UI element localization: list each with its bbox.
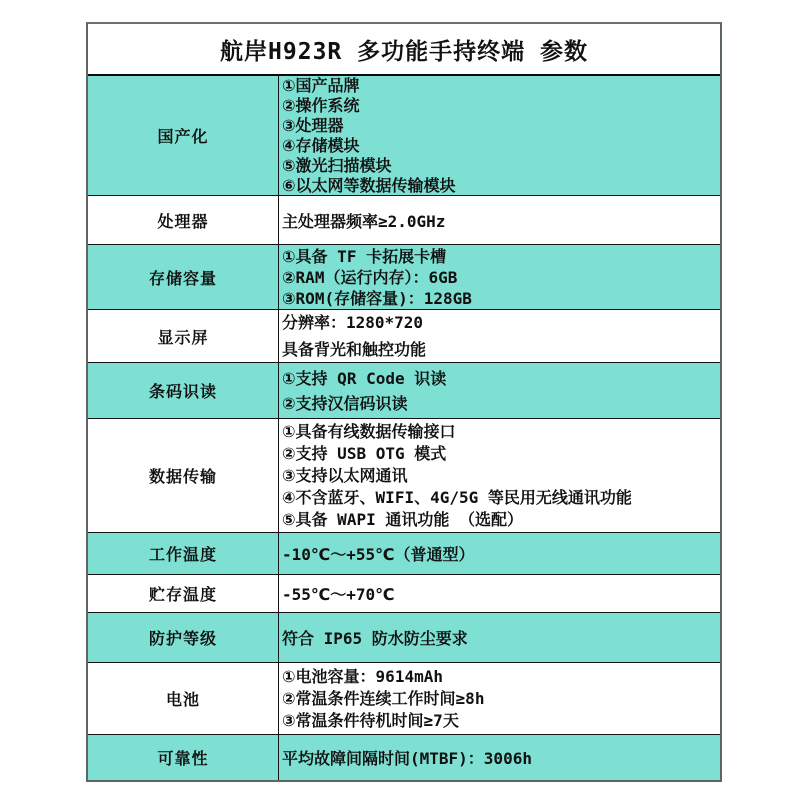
- row-content: -10℃～+55℃（普通型）: [279, 533, 720, 574]
- spec-line: ⑥以太网等数据传输模块: [282, 176, 716, 196]
- spec-line: -55℃～+70℃: [282, 582, 716, 605]
- row-label: 显示屏: [88, 310, 279, 362]
- spec-line: 主处理器频率≥2.0GHz: [282, 209, 716, 232]
- spec-line: ③ROM(存储容量)：128GB: [282, 288, 716, 309]
- spec-line: 具备背光和触控功能: [282, 336, 716, 363]
- spec-line: ②支持汉信码识读: [282, 391, 716, 416]
- table-row-barcode: 条码识读 ①支持 QR Code 识读 ②支持汉信码识读: [88, 363, 720, 419]
- spec-line: ①具备 TF 卡拓展卡槽: [282, 246, 716, 267]
- row-content: 平均故障间隔时间(MTBF)：3006h: [279, 735, 720, 780]
- spec-table: 航岸H923R 多功能手持终端 参数 国产化 ①国产品牌 ②操作系统 ③处理器 …: [86, 22, 722, 782]
- row-label: 可靠性: [88, 735, 279, 780]
- spec-line: ②常温条件连续工作时间≥8h: [282, 688, 716, 710]
- row-content: ①具备有线数据传输接口 ②支持 USB OTG 模式 ③支持以太网通讯 ④不含蓝…: [279, 419, 720, 532]
- row-label: 条码识读: [88, 363, 279, 418]
- spec-line: ③常温条件待机时间≥7天: [282, 710, 716, 732]
- row-content: 符合 IP65 防水防尘要求: [279, 613, 720, 662]
- table-row-domestic: 国产化 ①国产品牌 ②操作系统 ③处理器 ④存储模块 ⑤激光扫描模块 ⑥以太网等…: [88, 76, 720, 196]
- row-label: 工作温度: [88, 533, 279, 574]
- spec-line: ②RAM（运行内存）：6GB: [282, 267, 716, 288]
- row-content: ①国产品牌 ②操作系统 ③处理器 ④存储模块 ⑤激光扫描模块 ⑥以太网等数据传输…: [279, 76, 720, 195]
- spec-line: ④不含蓝牙、WIFI、4G/5G 等民用无线通讯功能: [282, 487, 716, 509]
- row-content: ①具备 TF 卡拓展卡槽 ②RAM（运行内存）：6GB ③ROM(存储容量)：1…: [279, 245, 720, 309]
- table-title-row: 航岸H923R 多功能手持终端 参数: [88, 24, 720, 76]
- table-row-processor: 处理器 主处理器频率≥2.0GHz: [88, 196, 720, 245]
- table-row-display: 显示屏 分辨率：1280*720 具备背光和触控功能: [88, 310, 720, 363]
- row-label: 数据传输: [88, 419, 279, 532]
- table-row-storage-temp: 贮存温度 -55℃～+70℃: [88, 575, 720, 613]
- row-label: 贮存温度: [88, 575, 279, 612]
- row-content: -55℃～+70℃: [279, 575, 720, 612]
- row-label: 存储容量: [88, 245, 279, 309]
- spec-line: ②操作系统: [282, 96, 716, 116]
- spec-line: ⑤具备 WAPI 通讯功能 （选配）: [282, 509, 716, 531]
- spec-line: ①电池容量：9614mAh: [282, 666, 716, 688]
- table-row-data-transfer: 数据传输 ①具备有线数据传输接口 ②支持 USB OTG 模式 ③支持以太网通讯…: [88, 419, 720, 533]
- spec-line: -10℃～+55℃（普通型）: [282, 542, 716, 565]
- spec-line: ⑤激光扫描模块: [282, 156, 716, 176]
- row-content: ①支持 QR Code 识读 ②支持汉信码识读: [279, 363, 720, 418]
- row-label: 处理器: [88, 196, 279, 244]
- row-content: ①电池容量：9614mAh ②常温条件连续工作时间≥8h ③常温条件待机时间≥7…: [279, 663, 720, 734]
- row-label: 电池: [88, 663, 279, 734]
- spec-line: ①支持 QR Code 识读: [282, 366, 716, 391]
- page-title: 航岸H923R 多功能手持终端 参数: [220, 33, 588, 66]
- spec-line: ①国产品牌: [282, 76, 716, 96]
- spec-line: 分辨率：1280*720: [282, 309, 716, 336]
- spec-line: ④存储模块: [282, 136, 716, 156]
- table-row-storage: 存储容量 ①具备 TF 卡拓展卡槽 ②RAM（运行内存）：6GB ③ROM(存储…: [88, 245, 720, 310]
- spec-line: 平均故障间隔时间(MTBF)：3006h: [282, 746, 716, 769]
- spec-line: ③支持以太网通讯: [282, 465, 716, 487]
- spec-line: 符合 IP65 防水防尘要求: [282, 626, 716, 649]
- row-content: 分辨率：1280*720 具备背光和触控功能: [279, 310, 720, 362]
- row-label: 防护等级: [88, 613, 279, 662]
- table-row-battery: 电池 ①电池容量：9614mAh ②常温条件连续工作时间≥8h ③常温条件待机时…: [88, 663, 720, 735]
- table-row-protection: 防护等级 符合 IP65 防水防尘要求: [88, 613, 720, 663]
- spec-line: ③处理器: [282, 116, 716, 136]
- row-label: 国产化: [88, 76, 279, 195]
- table-row-reliability: 可靠性 平均故障间隔时间(MTBF)：3006h: [88, 735, 720, 780]
- spec-line: ②支持 USB OTG 模式: [282, 443, 716, 465]
- spec-line: ①具备有线数据传输接口: [282, 421, 716, 443]
- spec-sheet: 航岸H923R 多功能手持终端 参数 国产化 ①国产品牌 ②操作系统 ③处理器 …: [0, 0, 800, 800]
- row-content: 主处理器频率≥2.0GHz: [279, 196, 720, 244]
- table-row-operating-temp: 工作温度 -10℃～+55℃（普通型）: [88, 533, 720, 575]
